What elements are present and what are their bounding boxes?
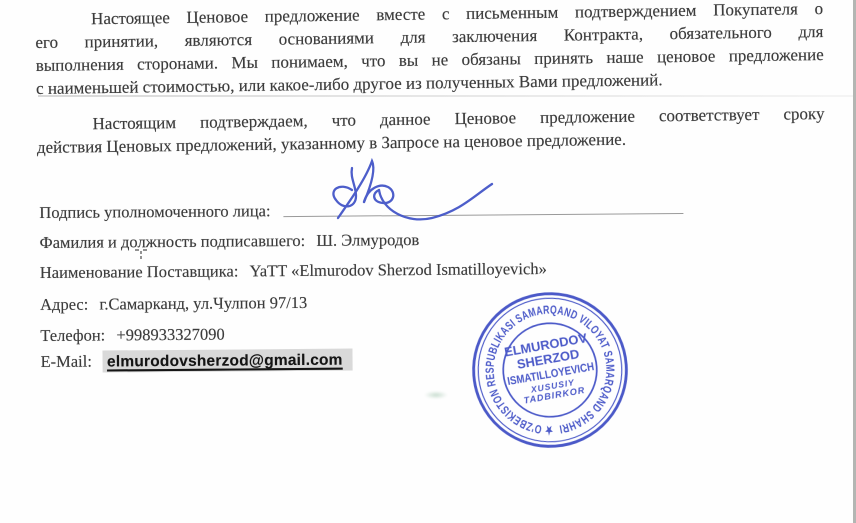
scan-smudge-artifact bbox=[424, 391, 448, 399]
address-label: Адрес: bbox=[40, 295, 88, 314]
signature-stroke-curl bbox=[333, 168, 356, 206]
signature-ink bbox=[312, 152, 507, 236]
company-stamp: ★ O'ZBEKISTON RESPUBLIKASI SAMARQAND VIL… bbox=[460, 280, 639, 459]
address-value: г.Самарканд, ул.Чулпон 97/13 bbox=[99, 293, 307, 314]
signer-label: Фамилия и должность подписавшего: bbox=[40, 231, 306, 252]
phone-label: Телефон: bbox=[40, 325, 105, 345]
signature-label: Подпись уполномоченного лица: bbox=[39, 201, 270, 222]
phone-value: +998933327090 bbox=[116, 325, 224, 345]
field-address: Адрес: г.Самарканд, ул.Чулпон 97/13 bbox=[40, 292, 307, 315]
supplier-value: YaTT «Elmurodov Sherzod Ismatilloyevich» bbox=[249, 259, 546, 280]
scanned-document-page: Настоящее Ценовое предложение вместе с п… bbox=[0, 0, 856, 523]
field-phone: Телефон: +998933327090 bbox=[40, 324, 224, 346]
email-label: E-Mail: bbox=[40, 352, 91, 371]
signature-stroke-tail bbox=[379, 184, 492, 219]
scan-fold-line bbox=[38, 95, 854, 97]
field-email: E-Mail: elmurodovsherzod@gmail.com bbox=[40, 349, 352, 373]
field-signature: Подпись уполномоченного лица: bbox=[39, 200, 270, 223]
field-supplier: Наименование Поставщика: YaTT «Elmurodov… bbox=[40, 258, 547, 283]
supplier-label: Наименование Поставщика: bbox=[40, 261, 239, 282]
text-cursor-artifact bbox=[134, 247, 148, 263]
email-value: elmurodovsherzod@gmail.com bbox=[103, 349, 353, 373]
body-text: Настоящее Ценовое предложение вместе с п… bbox=[35, 0, 825, 159]
